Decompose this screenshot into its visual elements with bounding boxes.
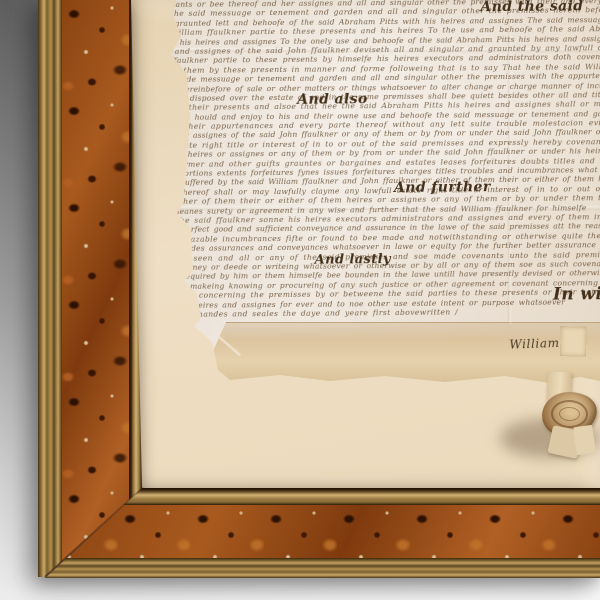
burl-walnut-veneer	[62, 0, 129, 578]
framed-document-photo: nants or bee thereof and her assignes an…	[0, 0, 600, 600]
outer-gilt-edge	[38, 0, 62, 578]
burl-walnut-veneer	[45, 505, 600, 558]
frame-left-rail	[36, 0, 142, 578]
picture-frame	[0, 0, 600, 600]
outer-gilt-edge	[45, 558, 600, 578]
